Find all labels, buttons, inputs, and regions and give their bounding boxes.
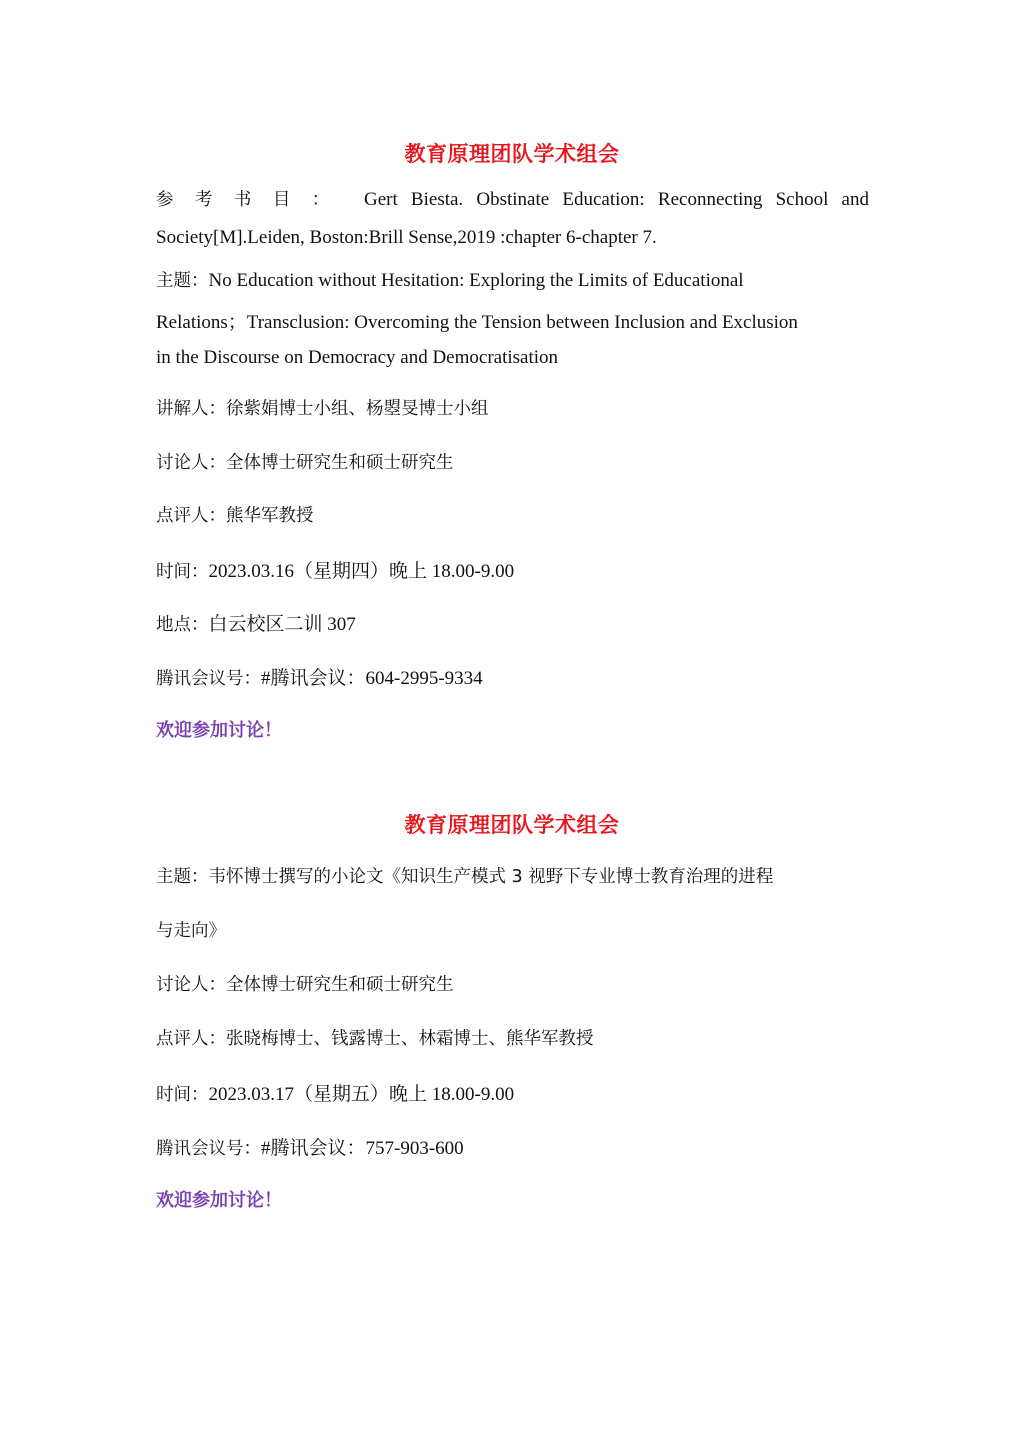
topic-label: 主题： (156, 271, 209, 291)
presenter-line: 讲解人：徐紫娟博士小组、杨曌旻博士小组 (156, 395, 489, 420)
discussant-line: 讨论人：全体博士研究生和硕士研究生 (156, 449, 454, 474)
topic-line-2: Relations；Transclusion: Overcoming the T… (156, 307, 798, 334)
reviewer-line: 点评人：熊华军教授 (156, 502, 314, 527)
time-line: 时间：2023.03.16（星期四）晚上 18.00-9.00 (156, 556, 514, 583)
topic-line-2: 与走向》 (156, 917, 226, 942)
discussant-label: 讨论人： (156, 975, 226, 995)
reference-line-2: Society[M].Leiden, Boston:Brill Sense,20… (156, 227, 657, 249)
meeting-line: 腾讯会议号：#腾讯会议：604-2995-9334 (156, 663, 483, 690)
section-2-title: 教育原理团队学术组会 (0, 809, 1024, 839)
reviewer-label: 点评人： (156, 506, 226, 526)
reviewer-value: 张晓梅博士、钱露博士、林霜博士、熊华军教授 (226, 1029, 594, 1049)
time-line: 时间：2023.03.17（星期五）晚上 18.00-9.00 (156, 1079, 514, 1106)
reference-label: 参考书目： (156, 190, 351, 210)
time-value: 2023.03.17（星期五）晚上 18.00-9.00 (209, 1084, 515, 1105)
location-value: 白云校区二训 307 (209, 614, 356, 635)
reference-line-1: 参考书目： Gert Biesta. Obstinate Education: … (156, 186, 869, 211)
topic-text-1: 韦怀博士撰写的小论文《知识生产模式 3 视野下专业博士教育治理的进程 (209, 867, 774, 887)
meeting-label: 腾讯会议号： (156, 669, 261, 689)
meeting-value: #腾讯会议：604-2995-9334 (261, 668, 483, 689)
time-label: 时间： (156, 1085, 209, 1105)
time-value: 2023.03.16（星期四）晚上 18.00-9.00 (209, 561, 515, 582)
topic-line-1: 主题：No Education without Hesitation: Expl… (156, 267, 744, 292)
document-page: 教育原理团队学术组会 参考书目： Gert Biesta. Obstinate … (0, 0, 1024, 1448)
location-label: 地点： (156, 615, 209, 635)
topic-line-1: 主题：韦怀博士撰写的小论文《知识生产模式 3 视野下专业博士教育治理的进程 (156, 863, 773, 888)
location-line: 地点：白云校区二训 307 (156, 609, 356, 636)
topic-line-3: in the Discourse on Democracy and Democr… (156, 347, 558, 369)
time-label: 时间： (156, 562, 209, 582)
reviewer-value: 熊华军教授 (226, 506, 314, 526)
section-1-title: 教育原理团队学术组会 (0, 138, 1024, 168)
reviewer-line: 点评人：张晓梅博士、钱露博士、林霜博士、熊华军教授 (156, 1025, 594, 1050)
topic-label: 主题： (156, 867, 209, 887)
discussant-value: 全体博士研究生和硕士研究生 (226, 453, 454, 473)
meeting-label: 腾讯会议号： (156, 1139, 261, 1159)
presenter-label: 讲解人： (156, 399, 226, 419)
discussant-line: 讨论人：全体博士研究生和硕士研究生 (156, 971, 454, 996)
meeting-value: #腾讯会议：757-903-600 (261, 1138, 464, 1159)
discussant-value: 全体博士研究生和硕士研究生 (226, 975, 454, 995)
reviewer-label: 点评人： (156, 1029, 226, 1049)
welcome-text: 欢迎参加讨论！ (156, 1186, 282, 1212)
welcome-text: 欢迎参加讨论！ (156, 716, 282, 742)
discussant-label: 讨论人： (156, 453, 226, 473)
reference-text-1: Gert Biesta. Obstinate Education: Reconn… (364, 189, 869, 210)
presenter-value: 徐紫娟博士小组、杨曌旻博士小组 (226, 399, 489, 419)
topic-text-1: No Education without Hesitation: Explori… (209, 270, 744, 291)
meeting-line: 腾讯会议号：#腾讯会议：757-903-600 (156, 1133, 464, 1160)
